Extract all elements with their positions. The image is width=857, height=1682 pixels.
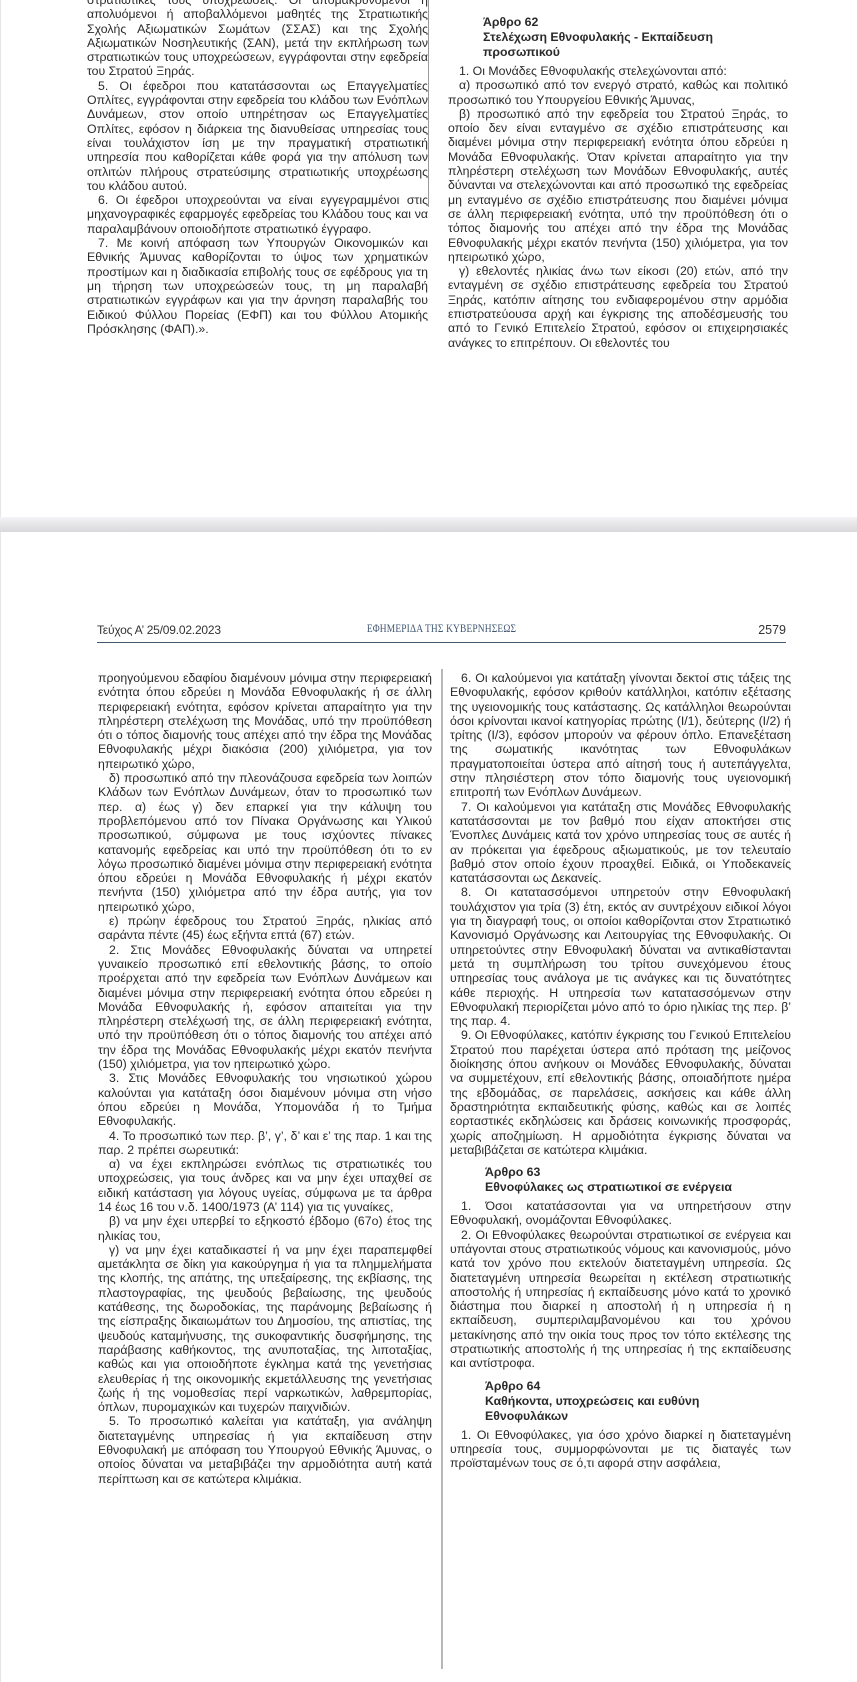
- document-page-previous: στρατιωτικές τους υποχρεώσεις. Οι απομακ…: [0, 0, 857, 518]
- paragraph: γ) να μην έχει καταδικαστεί ή να μην έχε…: [98, 1243, 432, 1415]
- paragraph: 9. Οι Εθνοφύλακες, κατόπιν έγκρισης του …: [450, 1028, 791, 1157]
- article-63-heading: Άρθρο 63 Εθνοφύλακες ως στρατιωτικοί σε …: [450, 1165, 791, 1195]
- paragraph: 7. Οι καλούμενοι για κατάταξη στις Μονάδ…: [450, 800, 791, 886]
- page-number: 2579: [758, 623, 786, 637]
- paragraph: β) να μην έχει υπερβεί το εξηκοστό έβδομ…: [98, 1214, 432, 1243]
- article-title: Καθήκοντα, υποχρεώσεις και ευθύνη: [450, 1394, 791, 1409]
- article-title-cont: προσωπικού: [448, 45, 788, 60]
- publication-title: ΕΦΗΜΕΡΙΔΑ ΤΗΣ ΚΥΒΕΡΝΗΣΕΩΣ: [159, 623, 724, 635]
- paragraph: 4. Το προσωπικό των περ. β’, γ’, δ’ και …: [98, 1129, 432, 1158]
- paragraph: 6. Οι καλούμενοι για κατάταξη γίνονται δ…: [450, 671, 791, 800]
- page-header: Τεύχος Α’ 25/09.02.2023 ΕΦΗΜΕΡΙΔΑ ΤΗΣ ΚΥ…: [97, 619, 786, 643]
- paragraph: 1. Οι Εθνοφύλακες, για όσο χρόνο διαρκεί…: [450, 1428, 791, 1471]
- paragraph: β) προσωπικό από την εφεδρεία του Στρατο…: [448, 107, 788, 264]
- article-title: Εθνοφύλακες ως στρατιωτικοί σε ενέργεια: [450, 1180, 791, 1195]
- paragraph: 6. Οι έφεδροι υποχρεούνται να είναι εγγε…: [87, 193, 428, 236]
- column-divider: [441, 669, 443, 1669]
- left-column: στρατιωτικές τους υποχρεώσεις. Οι απομακ…: [87, 0, 428, 336]
- paragraph: 5. Οι έφεδροι που κατατάσσονται ως Επαγγ…: [87, 79, 428, 193]
- paragraph: 2. Οι Εθνοφύλακες θεωρούνται στρατιωτικο…: [450, 1228, 791, 1371]
- paragraph: προηγούμενου εδαφίου διαμένουν μόνιμα στ…: [98, 671, 432, 771]
- article-heading: Άρθρο 62 Στελέχωση Εθνοφυλακής - Εκπαίδε…: [448, 15, 788, 60]
- paragraph: 1. Όσοι κατατάσσονται για να υπηρετήσουν…: [450, 1199, 791, 1228]
- column-divider: [428, 0, 429, 207]
- paragraph: γ) εθελοντές ηλικίας άνω των είκοσι (20)…: [448, 264, 788, 350]
- paragraph: α) να έχει εκπληρώσει ενόπλως τις στρατι…: [98, 1157, 432, 1214]
- paragraph: 3. Στις Μονάδες Εθνοφυλακής του νησιωτικ…: [98, 1071, 432, 1128]
- article-number: Άρθρο 63: [450, 1165, 791, 1180]
- paragraph: στρατιωτικές τους υποχρεώσεις. Οι απομακ…: [87, 0, 428, 79]
- paragraph: ε) πρώην έφεδρους του Στρατού Ξηράς, ηλι…: [98, 914, 432, 943]
- article-title-cont: Εθνοφυλάκων: [450, 1409, 791, 1424]
- article-64-heading: Άρθρο 64 Καθήκοντα, υποχρεώσεις και ευθύ…: [450, 1379, 791, 1424]
- document-page-2579: Τεύχος Α’ 25/09.02.2023 ΕΦΗΜΕΡΙΔΑ ΤΗΣ ΚΥ…: [0, 532, 857, 1682]
- paragraph: 2. Στις Μονάδες Εθνοφυλακής δύναται να υ…: [98, 943, 432, 1072]
- paragraph: 1. Οι Μονάδες Εθνοφυλακής στελεχώνονται …: [448, 64, 788, 78]
- right-column: 6. Οι καλούμενοι για κατάταξη γίνονται δ…: [450, 671, 791, 1471]
- paragraph: 8. Οι κατατασσόμενοι υπηρετούν στην Εθνο…: [450, 885, 791, 1028]
- paragraph: 5. Το προσωπικό καλείται για κατάταξη, γ…: [98, 1414, 432, 1485]
- paragraph: α) προσωπικό από τον ενεργό στρατό, καθώ…: [448, 78, 788, 107]
- paragraph: δ) προσωπικό από την πλεονάζουσα εφεδρεί…: [98, 771, 432, 914]
- paragraph: 7. Με κοινή απόφαση των Υπουργών Οικονομ…: [87, 236, 428, 336]
- article-number: Άρθρο 64: [450, 1379, 791, 1394]
- article-number: Άρθρο 62: [448, 15, 788, 30]
- right-column: Άρθρο 62 Στελέχωση Εθνοφυλακής - Εκπαίδε…: [448, 15, 788, 350]
- article-title: Στελέχωση Εθνοφυλακής - Εκπαίδευση: [448, 30, 788, 45]
- left-column: προηγούμενου εδαφίου διαμένουν μόνιμα στ…: [98, 671, 432, 1486]
